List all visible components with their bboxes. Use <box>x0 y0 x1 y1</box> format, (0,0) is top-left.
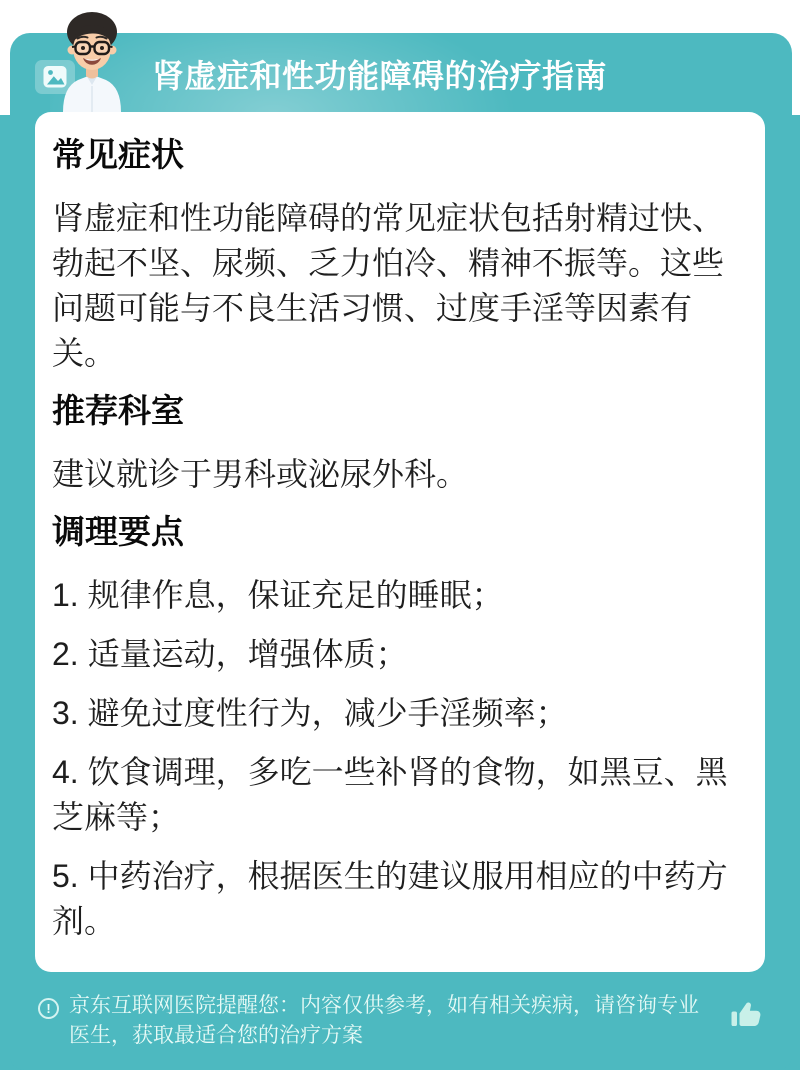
advice-title: 肾虚症和性功能障碍的治疗指南 <box>152 55 607 97</box>
doctor-avatar <box>50 8 135 112</box>
care-tip-item-5: 5. 中药治疗，根据医生的建议服用相应的中药方 剂。 <box>52 854 739 944</box>
symptoms-paragraph: 肾虚症和性功能障碍的常见症状包括射精过快、 勃起不坚、尿频、乏力怕冷、精神不振等… <box>52 196 739 376</box>
disclaimer-footer: ! 京东互联网医院提醒您：内容仅供参考，如有相关疾病，请咨询专业 医生，获取最适… <box>38 991 762 1051</box>
section-heading-symptoms: 常见症状 <box>52 134 739 176</box>
care-tip-item-1: 1. 规律作息，保证充足的睡眠； <box>52 573 739 618</box>
disclaimer-text: 京东互联网医院提醒您：内容仅供参考，如有相关疾病，请咨询专业 医生，获取最适合您… <box>69 991 718 1051</box>
advice-content-card: 常见症状 肾虚症和性功能障碍的常见症状包括射精过快、 勃起不坚、尿频、乏力怕冷、… <box>35 112 765 972</box>
section-heading-department: 推荐科室 <box>52 390 739 432</box>
thumbs-up-button[interactable] <box>728 997 762 1031</box>
page-root: 肾虚症和性功能障碍的治疗指南 常见症状 肾虚症和性功能障碍的常见症状包括射精过快… <box>0 0 800 1077</box>
care-tip-item-3: 3. 避免过度性行为，减少手淫频率； <box>52 691 739 736</box>
exclamation-circle-icon: ! <box>38 998 59 1019</box>
section-heading-care-tips: 调理要点 <box>52 511 739 553</box>
care-tip-item-4: 4. 饮食调理，多吃一些补肾的食物，如黑豆、黑 芝麻等； <box>52 750 739 840</box>
department-paragraph: 建议就诊于男科或泌尿外科。 <box>52 452 739 497</box>
advice-bubble-card: 肾虚症和性功能障碍的治疗指南 常见症状 肾虚症和性功能障碍的常见症状包括射精过快… <box>10 33 792 1070</box>
care-tip-item-2: 2. 适量运动，增强体质； <box>52 632 739 677</box>
thumbs-up-icon <box>728 997 762 1031</box>
